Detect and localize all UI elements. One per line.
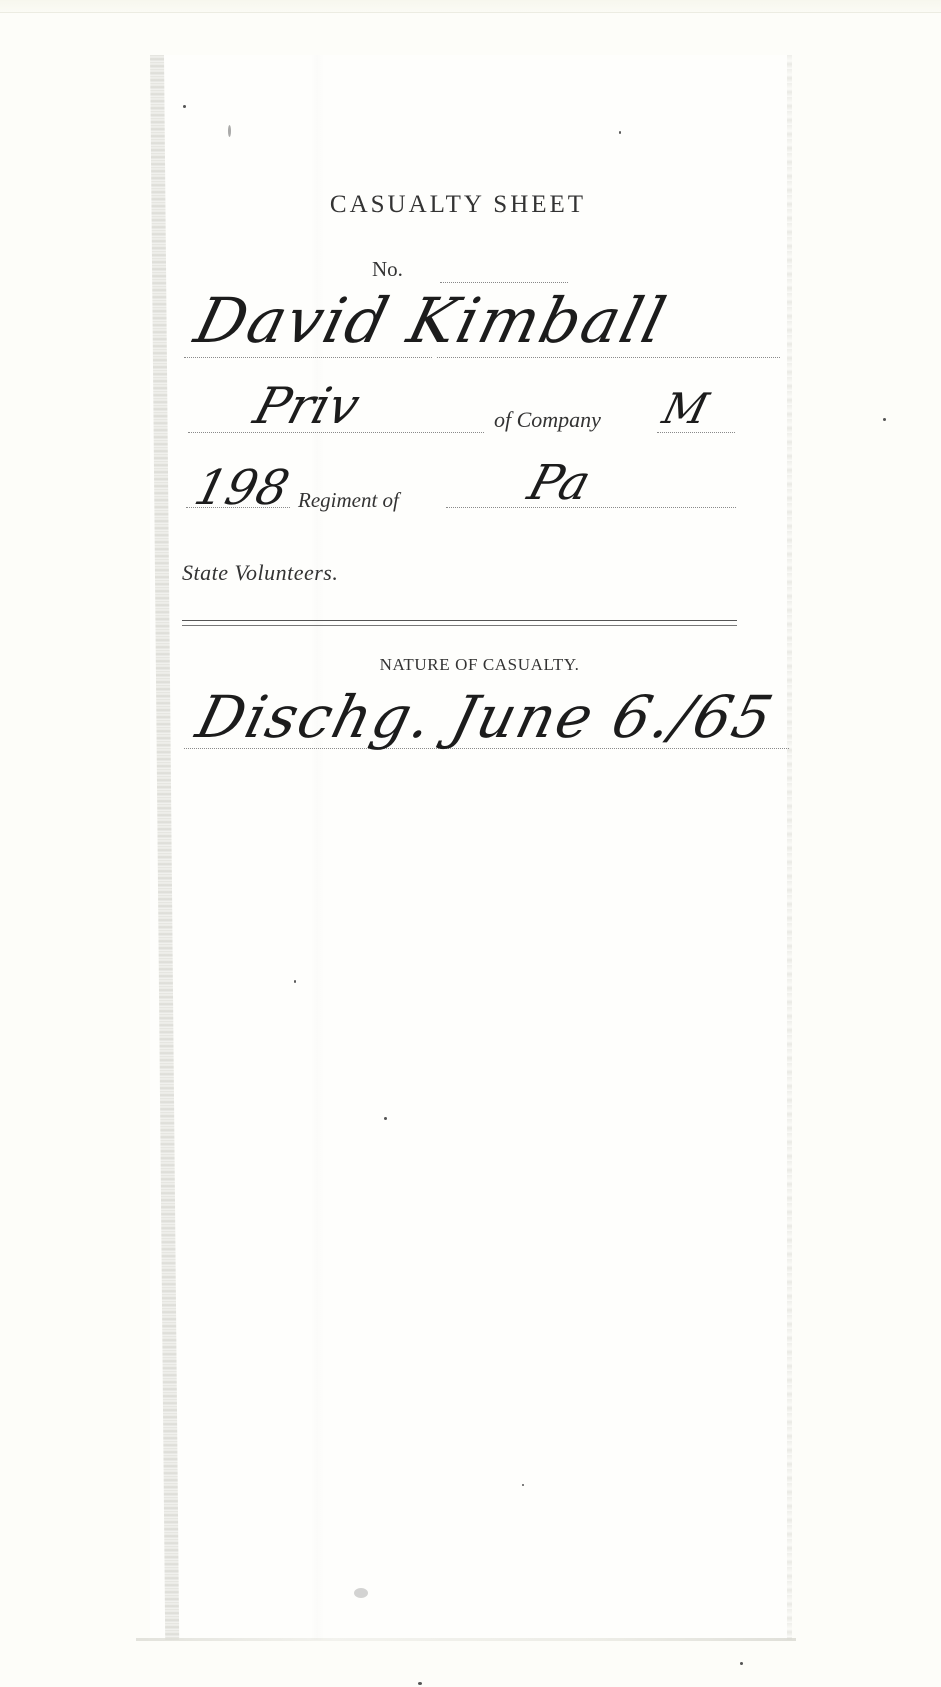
sheet-number-field bbox=[440, 282, 568, 283]
rank-handwritten: Priv bbox=[248, 377, 366, 435]
regiment-label: Regiment of bbox=[298, 488, 399, 513]
scan-speck bbox=[740, 1662, 743, 1665]
state-volunteers-label: State Volunteers. bbox=[182, 560, 338, 586]
company-label: of Company bbox=[494, 407, 601, 433]
section-divider bbox=[182, 620, 737, 626]
paper-bottom-edge bbox=[136, 1638, 796, 1641]
document-header: CASUALTY SHEET bbox=[268, 191, 648, 219]
name-field-underline-first bbox=[184, 357, 432, 358]
paper-right-edge bbox=[787, 55, 792, 1640]
scan-speck bbox=[522, 1484, 524, 1486]
state-field-underline bbox=[446, 507, 736, 508]
scan-speck bbox=[183, 105, 186, 108]
nature-of-casualty-handwritten: Dischg. June 6./65 bbox=[190, 683, 781, 751]
scan-speck bbox=[883, 418, 886, 421]
name-field-underline-last bbox=[437, 357, 780, 358]
nature-of-casualty-heading: NATURE OF CASUALTY. bbox=[0, 655, 941, 675]
sheet-number-label: No. bbox=[372, 257, 403, 282]
scan-speck bbox=[384, 1117, 387, 1120]
scan-speck bbox=[294, 980, 296, 983]
scan-speck bbox=[619, 131, 621, 134]
document-title: CASUALTY SHEET bbox=[268, 191, 648, 219]
soldier-name-handwritten: David Kimball bbox=[188, 284, 674, 357]
scan-speck bbox=[354, 1588, 368, 1598]
scan-speck bbox=[228, 125, 231, 137]
scan-border bbox=[0, 0, 941, 13]
scan-speck bbox=[418, 1682, 422, 1685]
regiment-number-handwritten: 198 bbox=[189, 460, 295, 516]
